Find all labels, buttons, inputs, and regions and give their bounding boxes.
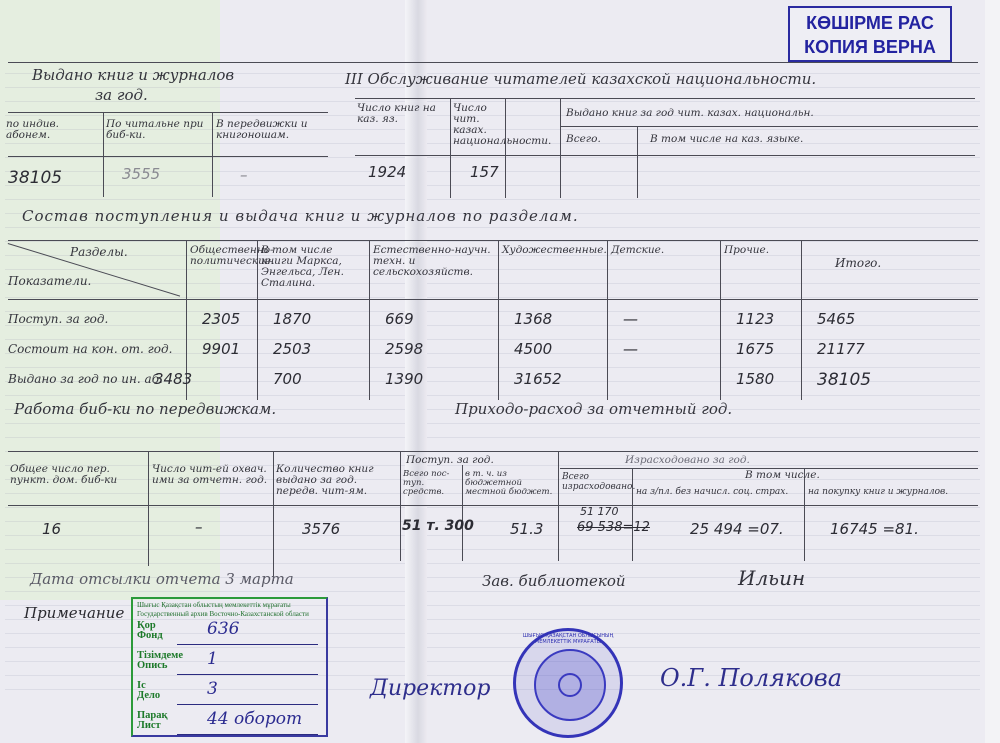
col-expense-salary: на з/пл. без начисл. соц. страх. (636, 488, 802, 497)
section-col-header: Общественно-политические. (190, 245, 254, 267)
col-line (462, 465, 463, 561)
income-header: Поступ. за год. (406, 455, 494, 466)
col-books-kaz: Число книг на каз. яз. (357, 103, 447, 125)
value-mobile-points: 16 (42, 520, 61, 538)
archive-field: ТізімдемеОпись1 (137, 649, 326, 679)
col-line (400, 451, 401, 561)
archive-header-kz: Шығыс Қазақстан облыстың мемлекеттік мұр… (133, 599, 326, 610)
corner-indicators: Показатели. (8, 276, 91, 287)
corner-sections: Разделы. (70, 247, 128, 258)
col-line (103, 112, 104, 197)
col-line (801, 240, 802, 400)
value-readers-kaz: 157 (470, 163, 499, 181)
section-row-label: Выдано за год по ин. аб. (8, 372, 163, 386)
archive-field: ПарақЛист44 оборот (137, 709, 326, 739)
archive-field-underline (177, 644, 318, 645)
section-col-header: Художественные. (502, 245, 604, 256)
stamp-line-kz: КӨШІРМЕ РАС (790, 11, 950, 35)
col-issued-group: Выдано книг за год чит. казах. националь… (566, 108, 814, 119)
section-cell: 9901 (202, 340, 240, 358)
rule (8, 240, 978, 241)
section-cell: 700 (273, 370, 302, 388)
col-line (505, 98, 506, 198)
col-line (273, 451, 274, 581)
archive-field-underline (177, 734, 318, 735)
section-col-header: Прочие. (724, 245, 798, 256)
section-col-header: Естественно-научн. техн. и сельскохозяйс… (373, 245, 495, 278)
archive-field-label: ІсДело (137, 681, 160, 701)
rule (355, 98, 975, 99)
section-cell: 3483 (154, 370, 192, 388)
rule (8, 112, 328, 113)
section-cell: 5465 (817, 310, 855, 328)
col-line (804, 468, 805, 561)
books-issued-title-2: за год. (95, 86, 148, 104)
section-cell: 2305 (202, 310, 240, 328)
section-cell: 4500 (514, 340, 552, 358)
note-label: Примечание (24, 604, 124, 622)
archive-header-ru: Государственный архив Восточно-Казахстан… (133, 610, 326, 619)
col-line (498, 240, 499, 400)
official-seal: ШЫҒЫС ҚАЗАҚСТАН ОБЛЫСЫНЫҢ МЕМЛЕКЕТТІК МҰ… (513, 628, 623, 738)
archive-field-value: 3 (207, 679, 218, 699)
col-line (637, 126, 638, 198)
mobile-work-title: Работа биб-ки по передвижкам. (14, 400, 276, 418)
section-cell: 1123 (736, 310, 774, 328)
archive-field-label: ТізімдемеОпись (137, 651, 183, 671)
value-expense-salary: 25 494 =07. (690, 520, 784, 538)
books-issued-title: Выдано книг и журналов (32, 66, 234, 84)
income-expense-title: Приходо-расход за отчетный год. (455, 400, 732, 418)
col-mobile: В передвижки и книгоношам. (216, 119, 346, 141)
report-date: Дата отсылки отчета 3 марта (30, 570, 294, 588)
seal-text: ШЫҒЫС ҚАЗАҚСТАН ОБЛЫСЫНЫҢ МЕМЛЕКЕТТІК МҰ… (516, 633, 620, 645)
value-mobile: – (240, 166, 248, 184)
col-reading-room: По читальне при биб-ки. (106, 119, 210, 141)
section-cell: 669 (385, 310, 414, 328)
value-income-budget: 51.3 (510, 520, 543, 538)
section-row-label: Поступ. за год. (8, 312, 108, 326)
director-signature: О.Г. Полякова (660, 664, 842, 692)
rule (8, 156, 328, 157)
section-cell: 1368 (514, 310, 552, 328)
value-income-total: 51 т. 300 (402, 518, 474, 534)
section-cell: 38105 (817, 370, 871, 390)
head-librarian-signature: Ильин (738, 566, 805, 590)
archive-field-underline (177, 704, 318, 705)
col-issued-kaz: В том числе на каз. языке. (650, 134, 803, 145)
col-line (560, 98, 561, 198)
section-cell: 2503 (273, 340, 311, 358)
value-expense-correction: 51 170 (580, 505, 619, 518)
rule (8, 62, 978, 63)
rule (560, 126, 978, 127)
col-line (148, 451, 149, 566)
archive-field: ІсДело3 (137, 679, 326, 709)
col-individual: по индив. абонем. (6, 119, 101, 141)
archive-field-label: ҚорФонд (137, 621, 163, 641)
section-col-header: В том числе книги Маркса, Энгельса, Лен.… (261, 245, 367, 289)
section-cell: 1390 (385, 370, 423, 388)
value-mobile-readers: – (195, 518, 203, 536)
archive-stamp: Шығыс Қазақстан облыстың мемлекеттік мұр… (131, 597, 328, 737)
section-col-header: Итого. (835, 258, 1000, 269)
value-expense-total: 69 538=12 (577, 520, 650, 535)
value-mobile-books: 3576 (302, 520, 340, 538)
col-line (212, 112, 213, 197)
col-line (369, 240, 370, 400)
head-librarian-label: Зав. библиотекой (482, 572, 626, 590)
section-cell: — (623, 310, 638, 328)
rule (355, 155, 975, 156)
kazakh-readers-title: III Обслуживание читателей казахской нац… (345, 70, 816, 88)
stamp-line-ru: КОПИЯ ВЕРНА (790, 35, 950, 59)
col-expense-books: на покупку книг и журналов. (808, 488, 978, 497)
col-readers-kaz: Число чит. казах. национальности. (453, 103, 505, 147)
section-row-label: Состоит на кон. от. год. (8, 342, 172, 356)
archive-field-value: 636 (207, 619, 239, 639)
section-cell: 1675 (736, 340, 774, 358)
section-cell: 2598 (385, 340, 423, 358)
section-col-header: Детские. (611, 245, 717, 256)
col-line (558, 451, 559, 561)
archive-field-underline (177, 674, 318, 675)
rule (8, 299, 978, 300)
archive-field-value: 44 оборот (207, 709, 302, 729)
col-line (607, 240, 608, 400)
director-label: Директор (370, 676, 490, 701)
paper-edge (985, 0, 1000, 743)
rule (8, 505, 978, 506)
rule (8, 451, 978, 452)
value-books-kaz: 1924 (368, 163, 406, 181)
value-reading-room: 3555 (122, 165, 160, 183)
col-line (720, 240, 721, 400)
archive-field-label: ПарақЛист (137, 711, 168, 731)
archive-field: ҚорФонд636 (137, 619, 326, 649)
col-mobile-readers: Число чит-ей охвач. ими за отчетн. год. (152, 464, 272, 486)
value-expense-books: 16745 =81. (830, 520, 919, 538)
by-sections-title: Состав поступления и выдача книг и журна… (22, 207, 579, 225)
archive-field-value: 1 (207, 649, 218, 669)
section-cell: — (623, 340, 638, 358)
expense-sub-header: В том числе. (745, 470, 820, 481)
emblem-icon (534, 649, 606, 721)
expense-header: Израсходовано за год. (625, 455, 750, 466)
section-cell: 31652 (514, 370, 562, 388)
section-cell: 1870 (273, 310, 311, 328)
col-expense-total: Всего израсходовано. (562, 472, 630, 492)
certified-copy-stamp: КӨШІРМЕ РАС КОПИЯ ВЕРНА (788, 6, 952, 62)
col-issued-total: Всего. (566, 134, 601, 145)
col-mobile-points: Общее число пер. пункт. дом. биб-ки (10, 464, 146, 486)
col-income-total: Всего пос-туп. средств. (403, 470, 461, 497)
col-line (450, 98, 451, 198)
col-income-budget: в т. ч. из бюджетной местной бюджет. (465, 470, 557, 497)
value-individual: 38105 (8, 168, 62, 188)
section-cell: 1580 (736, 370, 774, 388)
section-cell: 21177 (817, 340, 865, 358)
col-mobile-books: Количество книг выдано за год. передв. ч… (276, 464, 398, 497)
